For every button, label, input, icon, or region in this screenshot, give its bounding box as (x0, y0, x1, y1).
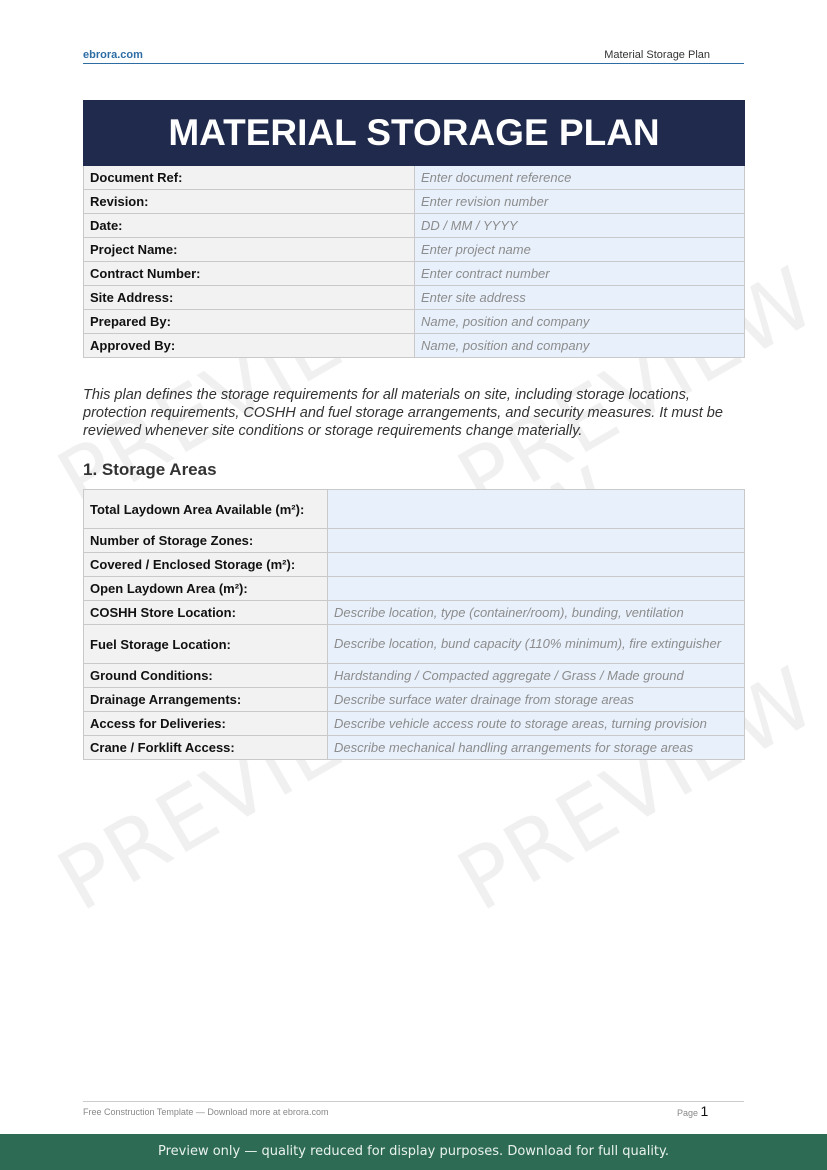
field-label: Site Address: (84, 286, 415, 310)
table-row: Document Ref:Enter document reference (84, 166, 745, 190)
field-label: Approved By: (84, 334, 415, 358)
field-label: Open Laydown Area (m²): (84, 577, 328, 601)
page-label: Page (677, 1108, 698, 1118)
table-row: COSHH Store Location:Describe location, … (84, 601, 745, 625)
field-label: Document Ref: (84, 166, 415, 190)
field-label: Ground Conditions: (84, 664, 328, 688)
field-input[interactable]: Enter revision number (415, 190, 745, 214)
page-indicator: Page 1 (677, 1103, 708, 1119)
field-input[interactable]: Enter contract number (415, 262, 745, 286)
field-label: Drainage Arrangements: (84, 688, 328, 712)
table-row: Ground Conditions:Hardstanding / Compact… (84, 664, 745, 688)
header-doc-title: Material Storage Plan (604, 49, 710, 61)
table-row: Access for Deliveries:Describe vehicle a… (84, 712, 745, 736)
preview-banner: Preview only — quality reduced for displ… (0, 1134, 827, 1170)
field-input[interactable]: DD / MM / YYYY (415, 214, 745, 238)
table-row: Approved By:Name, position and company (84, 334, 745, 358)
table-row: Project Name:Enter project name (84, 238, 745, 262)
field-label: Number of Storage Zones: (84, 529, 328, 553)
page-number: 1 (701, 1103, 709, 1119)
field-label: Total Laydown Area Available (m²): (84, 490, 328, 529)
page-title: MATERIAL STORAGE PLAN (84, 101, 745, 166)
field-label: Contract Number: (84, 262, 415, 286)
table-row: Open Laydown Area (m²): (84, 577, 745, 601)
field-label: Crane / Forklift Access: (84, 736, 328, 760)
field-input[interactable] (328, 490, 745, 529)
table-row: Crane / Forklift Access:Describe mechani… (84, 736, 745, 760)
field-input[interactable] (328, 577, 745, 601)
section-heading: 1. Storage Areas (83, 460, 217, 480)
field-label: Fuel Storage Location: (84, 625, 328, 664)
footer-text: Free Construction Template — Download mo… (83, 1107, 328, 1117)
intro-paragraph: This plan defines the storage requiremen… (83, 386, 745, 440)
table-row: Number of Storage Zones: (84, 529, 745, 553)
field-label: Date: (84, 214, 415, 238)
table-row: Fuel Storage Location:Describe location,… (84, 625, 745, 664)
document-details-table: MATERIAL STORAGE PLAN Document Ref:Enter… (83, 100, 745, 358)
field-label: Prepared By: (84, 310, 415, 334)
table-row: Contract Number:Enter contract number (84, 262, 745, 286)
field-input[interactable] (328, 529, 745, 553)
table-row: Drainage Arrangements:Describe surface w… (84, 688, 745, 712)
field-label: Project Name: (84, 238, 415, 262)
field-input[interactable]: Name, position and company (415, 334, 745, 358)
field-input[interactable]: Describe location, bund capacity (110% m… (328, 625, 745, 664)
field-input[interactable] (328, 553, 745, 577)
field-input[interactable]: Describe mechanical handling arrangement… (328, 736, 745, 760)
field-input[interactable]: Enter site address (415, 286, 745, 310)
field-input[interactable]: Describe vehicle access route to storage… (328, 712, 745, 736)
page-header: ebrora.com Material Storage Plan (83, 48, 744, 64)
storage-areas-table: Total Laydown Area Available (m²):Number… (83, 489, 745, 760)
field-input[interactable]: Name, position and company (415, 310, 745, 334)
field-label: Revision: (84, 190, 415, 214)
table-row: Covered / Enclosed Storage (m²): (84, 553, 745, 577)
table-row: Site Address:Enter site address (84, 286, 745, 310)
table-row: Prepared By:Name, position and company (84, 310, 745, 334)
footer-divider (83, 1101, 744, 1102)
field-input[interactable]: Describe location, type (container/room)… (328, 601, 745, 625)
field-input[interactable]: Hardstanding / Compacted aggregate / Gra… (328, 664, 745, 688)
field-label: Covered / Enclosed Storage (m²): (84, 553, 328, 577)
table-row: Total Laydown Area Available (m²): (84, 490, 745, 529)
field-input[interactable]: Describe surface water drainage from sto… (328, 688, 745, 712)
field-label: Access for Deliveries: (84, 712, 328, 736)
field-input[interactable]: Enter document reference (415, 166, 745, 190)
table-row: Revision:Enter revision number (84, 190, 745, 214)
site-name: ebrora.com (83, 49, 143, 61)
table-row: Date:DD / MM / YYYY (84, 214, 745, 238)
field-label: COSHH Store Location: (84, 601, 328, 625)
field-input[interactable]: Enter project name (415, 238, 745, 262)
